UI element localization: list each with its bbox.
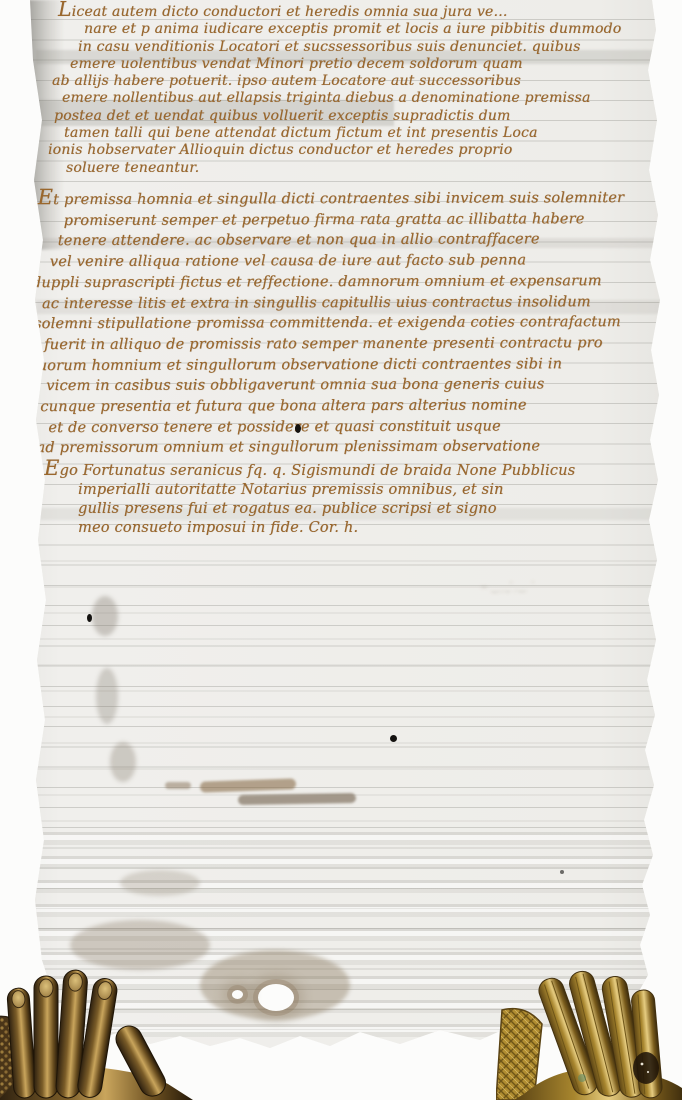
manuscript-line: in casu venditionis Locatori et sucssess… [78,39,658,56]
brown-stain [70,920,210,970]
bronze-hand-clasp-left [0,966,193,1100]
manuscript-line: Ego Fortunatus seranicus fq. q. Sigismun… [44,458,644,481]
manuscript-line: gullis presens fui et rogatus ea. public… [78,500,644,519]
manuscript-line: Liceat autem dicto conductori et heredis… [58,1,658,21]
manuscript-line: cunque presentia et futura que bona alte… [40,395,658,418]
manuscript-line: Et premissa homnia et singulla dicti con… [38,185,658,211]
gray-stain [96,668,118,724]
manuscript-line: ac interesse litis et extra in singullis… [42,291,658,314]
paragraph-obligation-clause: Et premissa homnia et singulla dicti con… [38,185,659,459]
manuscript-line: imperialli autoritatte Notarius premissi… [78,481,644,500]
brown-stain [120,870,200,896]
parchment-document: Liceat autem dicto conductori et heredis… [0,0,682,1054]
gray-stain [92,596,118,636]
ink-speck [295,424,301,433]
brass-hand-clasp-right [496,966,682,1100]
manuscript-line: et de converso tenere et possidere et qu… [48,416,658,439]
manuscript-line: vicem in casibus suis obbligaverunt omni… [46,374,658,397]
manuscript-line: tenere attendere. ac observare et non qu… [58,229,658,252]
ink-offset-ghost: ~ ‿ ͙ ͜ ˘ ͙ ‿ ˘ [480,582,535,594]
manuscript-line: postea det et uendat quibus volluerit ex… [54,108,658,125]
manuscript-line: promiserunt semper et perpetuo firma rat… [64,209,658,232]
parchment-hole [258,984,294,1011]
manuscript-line: duppli suprascripti fictus et reffection… [32,271,658,294]
manuscript-line: meo consueto imposui in fide. Cor. h. [78,519,644,538]
manuscript-line: tamen talli qui bene attendat dictum fic… [64,125,658,142]
patina-spot [578,1074,586,1082]
manuscript-line: vel venire alliqua ratione vel causa de … [50,250,658,273]
ink-smudge [165,782,191,789]
manuscript-line: nare et p anima iudicare exceptis promit… [84,21,658,38]
ink-speck [87,614,92,622]
ink-smudge [238,793,356,805]
manuscript-line: emere uolentibus vendat Minori pretio de… [70,56,658,73]
manuscript-line: quorum homnium et singullorum observatio… [28,354,658,377]
manuscript-line: fuerit in alliquo de promissis rato semp… [44,333,658,356]
manuscript-line: ad premissorum omnium et singullorum ple… [36,436,658,459]
parchment-hole-small [232,990,243,999]
manuscript-line: ab allijs habere potuerit. ipso autem Lo… [52,73,658,90]
paragraph-lease-clause: Liceat autem dicto conductori et heredis… [58,1,658,177]
manuscript-photo: Liceat autem dicto conductori et heredis… [0,0,682,1100]
ink-smudge [200,778,296,792]
manuscript-line: ionis hobservater Allioquin dictus condu… [48,142,658,159]
manuscript-line: solemni stipullatione promissa committen… [34,312,658,335]
ink-speck [560,870,564,874]
tarnish-spot [633,1052,659,1084]
ink-speck [390,735,397,742]
gray-stain [110,742,136,782]
paragraph-notarial-subscription: Ego Fortunatus seranicus fq. q. Sigismun… [44,458,644,538]
wrinkle-texture-mid [0,560,682,830]
manuscript-line: emere nollentibus aut ellapsis triginta … [62,90,658,107]
manuscript-line: soluere teneantur. [66,160,658,177]
